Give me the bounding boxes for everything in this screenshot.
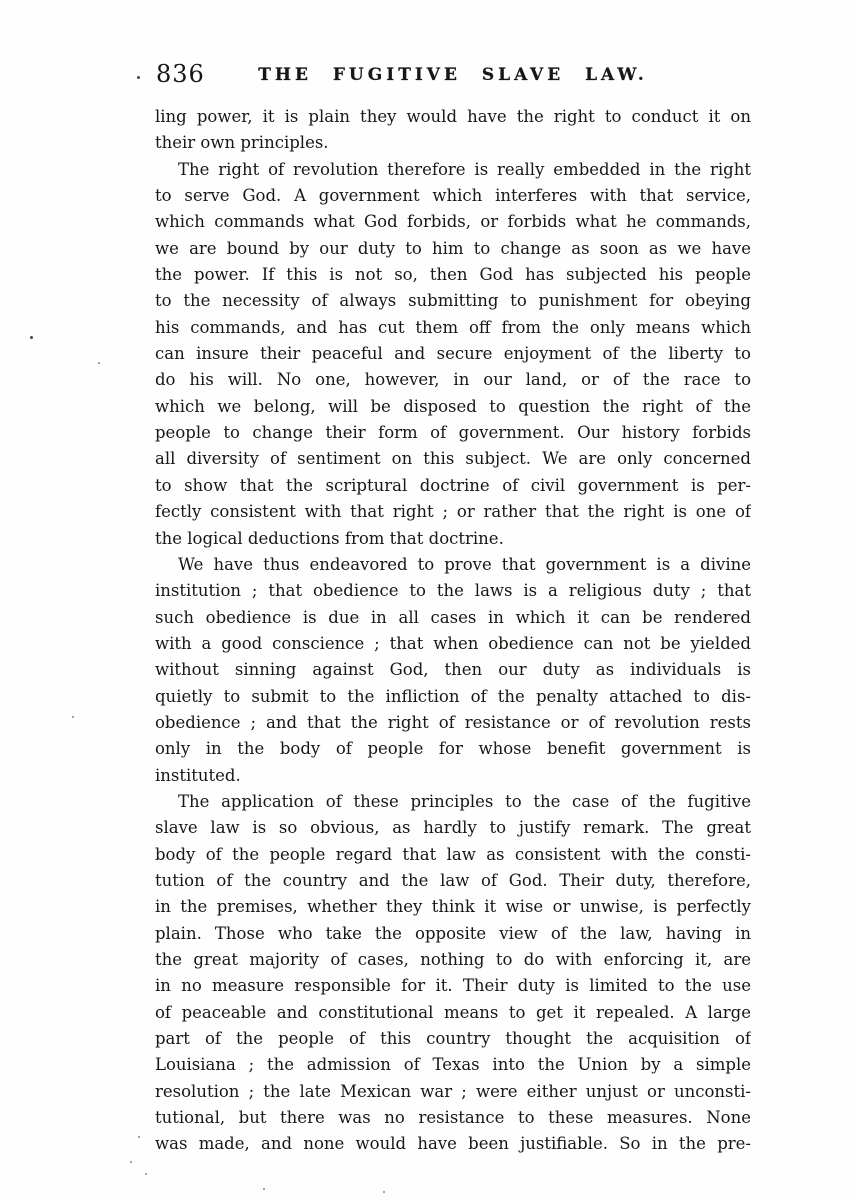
scan-speck xyxy=(383,1191,385,1193)
text-line: with a good conscience ; that when obedi… xyxy=(155,631,751,657)
text-line: to show that the scriptural doctrine of … xyxy=(155,473,751,499)
text-line: in no measure responsible for it. Their … xyxy=(155,973,751,999)
scan-speck xyxy=(138,1136,140,1138)
text-line: The right of revolution therefore is rea… xyxy=(155,157,751,183)
text-line: body of the people regard that law as co… xyxy=(155,842,751,868)
text-line: all diversity of sentiment on this subje… xyxy=(155,446,751,472)
text-line: without sinning against God, then our du… xyxy=(155,657,751,683)
scan-speck xyxy=(145,1173,147,1175)
text-line: the logical deductions from that doctrin… xyxy=(155,526,751,552)
text-line: which commands what God forbids, or forb… xyxy=(155,209,751,235)
text-line: people to change their form of governmen… xyxy=(155,420,751,446)
text-line: which we belong, will be disposed to que… xyxy=(155,394,751,420)
scan-speck xyxy=(263,1188,265,1190)
text-line: was made, and none would have been justi… xyxy=(155,1131,751,1157)
text-line: plain. Those who take the opposite view … xyxy=(155,921,751,947)
text-line: their own principles. xyxy=(155,130,751,156)
text-line: The application of these principles to t… xyxy=(155,789,751,815)
text-line: in the premises, whether they think it w… xyxy=(155,894,751,920)
text-line: only in the body of people for whose ben… xyxy=(155,736,751,762)
text-line: his commands, and has cut them off from … xyxy=(155,315,751,341)
scan-speck xyxy=(98,362,100,364)
text-line: such obedience is due in all cases in wh… xyxy=(155,605,751,631)
text-line: of peaceable and constitutional means to… xyxy=(155,1000,751,1026)
text-line: slave law is so obvious, as hardly to ju… xyxy=(155,815,751,841)
text-line: do his will. No one, however, in our lan… xyxy=(155,367,751,393)
text-line: resolution ; the late Mexican war ; were… xyxy=(155,1079,751,1105)
text-line: Louisiana ; the admission of Texas into … xyxy=(155,1052,751,1078)
text-line: we are bound by our duty to him to chang… xyxy=(155,236,751,262)
scan-speck xyxy=(72,716,74,718)
text-line: to the necessity of always submitting to… xyxy=(155,288,751,314)
text-line: tution of the country and the law of God… xyxy=(155,868,751,894)
scan-speck xyxy=(30,336,33,339)
text-line: to serve God. A government which interfe… xyxy=(155,183,751,209)
text-line: obedience ; and that the right of resist… xyxy=(155,710,751,736)
text-line: the great majority of cases, nothing to … xyxy=(155,947,751,973)
page-text: ling power, it is plain they would have … xyxy=(155,104,751,1158)
scan-speck xyxy=(130,1161,132,1163)
text-line: can insure their peaceful and secure enj… xyxy=(155,341,751,367)
text-line: quietly to submit to the infliction of t… xyxy=(155,684,751,710)
text-line: fectly consistent with that right ; or r… xyxy=(155,499,751,525)
text-line: tutional, but there was no resistance to… xyxy=(155,1105,751,1131)
text-line: We have thus endeavored to prove that go… xyxy=(155,552,751,578)
text-line: the power. If this is not so, then God h… xyxy=(155,262,751,288)
text-line: institution ; that obedience to the laws… xyxy=(155,578,751,604)
text-line: part of the people of this country thoug… xyxy=(155,1026,751,1052)
text-line: instituted. xyxy=(155,763,751,789)
running-title: THE FUGITIVE SLAVE LAW. xyxy=(155,64,751,86)
book-page: 836 THE FUGITIVE SLAVE LAW. ling power, … xyxy=(0,0,858,1200)
text-line: ling power, it is plain they would have … xyxy=(155,104,751,130)
page-header: 836 THE FUGITIVE SLAVE LAW. xyxy=(155,60,751,92)
scan-speck xyxy=(137,76,140,79)
